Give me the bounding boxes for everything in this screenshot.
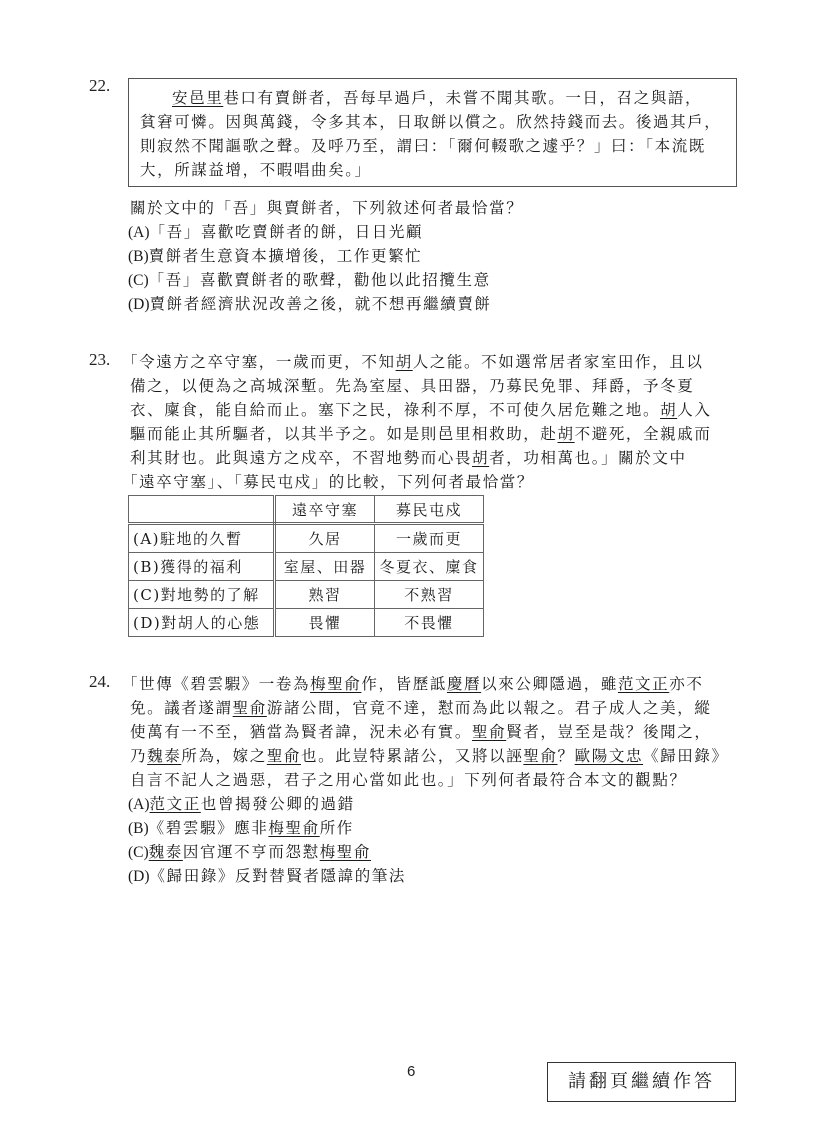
- question-23-line-6: 「遠卒守塞」、「募民屯戍」的比較，下列何者最恰當？: [122, 470, 534, 494]
- question-23-number: 23.: [89, 350, 110, 370]
- table-row[interactable]: (D)對胡人的心態 畏懼 不畏懼: [129, 609, 484, 637]
- question-22-option-c[interactable]: (C)「吾」喜歡賣餅者的歌聲，勸他以此招攬生意: [128, 268, 491, 293]
- turn-page-notice: 請翻頁繼續作答: [547, 1062, 736, 1102]
- proper-noun: 聖俞: [472, 723, 506, 741]
- proper-noun: 梅聖俞: [320, 843, 371, 861]
- question-22-passage-line-3: 則寂然不聞謳歌之聲。及呼乃至，謂曰：「爾何輟歌之遽乎？」曰：「本流既: [140, 134, 706, 158]
- table-row-label: (C)對地勢的了解: [129, 581, 275, 609]
- table-cell: 室屋、田器: [275, 553, 375, 581]
- question-24-option-c[interactable]: (C)魏泰因官運不亨而怨懟梅聖俞: [128, 840, 371, 865]
- proper-noun: 梅聖俞: [268, 819, 319, 837]
- table-header-blank: [129, 496, 275, 524]
- table-cell: 冬夏衣、廩食: [375, 553, 484, 581]
- question-24-line-1: 「世傳《碧雲騢》一卷為梅聖俞作，皆歷詆慶曆以來公卿隱過，雖范文正亦不: [122, 672, 703, 696]
- question-24-line-4: 乃魏泰所為，嫁之聖俞也。此豈特累諸公，又將以誣聖俞？歐陽文忠《歸田錄》: [130, 744, 729, 768]
- question-22-option-b[interactable]: (B)賣餅者生意資本擴增後，工作更繁忙: [128, 244, 422, 269]
- proper-noun: 范文正: [150, 795, 201, 813]
- question-24-line-5: 自言不記人之過惡，君子之用心當如此也。」下列何者最符合本文的觀點？: [130, 768, 687, 792]
- table-cell: 畏懼: [275, 609, 375, 637]
- proper-noun: 魏泰: [147, 747, 181, 765]
- question-24-option-a[interactable]: (A)范文正也曾揭發公卿的過錯: [128, 792, 355, 817]
- question-23-line-4: 驅而能止其所驅者，以其半予之。如是則邑里相救助，赴胡不避死，全親戚而: [130, 422, 711, 446]
- question-22-passage-line-2: 貧窘可憐。因與萬錢，令多其本，日取餅以償之。欣然持錢而去。後過其戶，: [140, 110, 721, 134]
- question-23-line-1: 「令遠方之卒守塞，一歲而更，不知胡人之能。不如選常居者家室田作，且以: [122, 350, 703, 374]
- table-row-label: (B)獲得的福利: [129, 553, 275, 581]
- table-row[interactable]: (B)獲得的福利 室屋、田器 冬夏衣、廩食: [129, 553, 484, 581]
- table-header-row: 遠卒守塞 募民屯戍: [129, 496, 484, 524]
- table-cell: 不畏懼: [375, 609, 484, 637]
- table-cell: 一歲而更: [375, 524, 484, 553]
- table-row[interactable]: (C)對地勢的了解 熟習 不熟習: [129, 581, 484, 609]
- question-22-passage-line-4: 大，所謀益增，不暇唱曲矣。」: [140, 158, 372, 182]
- proper-noun: 梅聖俞: [310, 675, 361, 693]
- table-cell: 熟習: [275, 581, 375, 609]
- page-number: 6: [407, 1063, 415, 1080]
- place-name-anyili: 安邑里: [172, 89, 223, 107]
- proper-noun: 慶曆: [447, 675, 481, 693]
- question-22-option-d[interactable]: (D)賣餅者經濟狀況改善之後，就不想再繼續賣餅: [128, 292, 492, 317]
- question-24-line-2: 免。議者遂謂聖俞游諸公間，官竟不達，懟而為此以報之。君子成人之美，縱: [130, 696, 711, 720]
- question-23-line-3: 衣、廩食，能自給而止。塞下之民，祿利不厚，不可使久居危難之地。胡人入: [130, 398, 711, 422]
- question-23-line-2: 備之，以便為之高城深塹。先為室屋、具田器，乃募民免罪、拜爵，予冬夏: [130, 374, 694, 398]
- question-22-passage-line-1: 安邑里巷口有賣餅者，吾每早過戶，未嘗不聞其歌。一日，召之與語，: [140, 86, 702, 110]
- table-row-label: (D)對胡人的心態: [129, 609, 275, 637]
- table-header-distant-soldiers: 遠卒守塞: [275, 496, 375, 524]
- question-24-number: 24.: [89, 672, 110, 692]
- table-row-label: (A)駐地的久暫: [129, 524, 275, 553]
- question-22-stem: 關於文中的「吾」與賣餅者，下列敘述何者最恰當？: [130, 196, 523, 220]
- table-cell: 久居: [275, 524, 375, 553]
- question-23-line-5: 利其財也。此與遠方之戍卒，不習地勢而心畏胡者，功相萬也。」關於文中: [130, 446, 687, 470]
- question-24-option-b[interactable]: (B)《碧雲騢》應非梅聖俞所作: [128, 816, 354, 841]
- proper-noun: 聖俞: [267, 747, 301, 765]
- question-24-line-3: 使萬有一不至，猶當為賢者諱，況未必有實。聖俞賢者，豈至是哉？後聞之，: [130, 720, 711, 744]
- table-row[interactable]: (A)駐地的久暫 久居 一歲而更: [129, 524, 484, 553]
- proper-noun: 聖俞: [523, 747, 557, 765]
- question-23-comparison-table: 遠卒守塞 募民屯戍 (A)駐地的久暫 久居 一歲而更 (B)獲得的福利 室屋、田…: [128, 495, 484, 637]
- table-header-recruited-settlers: 募民屯戍: [375, 496, 484, 524]
- proper-noun: 范文正: [618, 675, 669, 693]
- table-cell: 不熟習: [375, 581, 484, 609]
- question-22-option-a[interactable]: (A)「吾」喜歡吃賣餅者的餅，日日光顧: [128, 220, 423, 245]
- question-24-option-d[interactable]: (D)《歸田錄》反對替賢者隱諱的筆法: [128, 864, 406, 889]
- proper-noun: 聖俞: [233, 699, 267, 717]
- proper-noun: 歐陽文忠: [575, 747, 643, 765]
- question-22-number: 22.: [89, 76, 110, 96]
- proper-noun: 魏泰: [149, 843, 183, 861]
